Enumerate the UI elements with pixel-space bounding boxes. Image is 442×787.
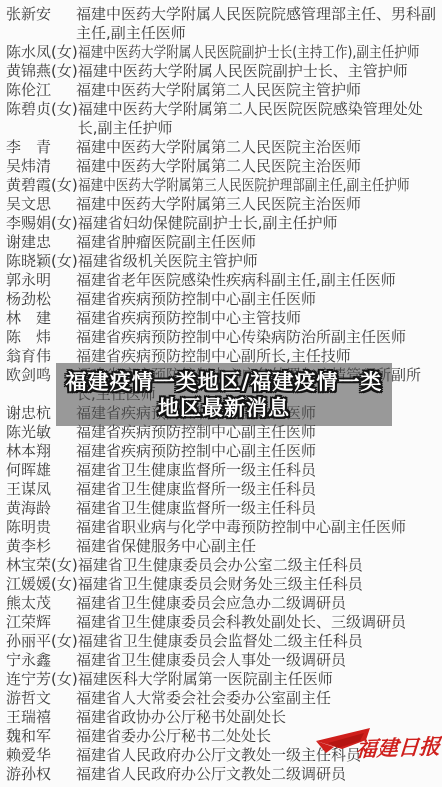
person-name: 李 青 (6, 138, 76, 157)
personnel-list: 张新安福建中医药大学附属人民医院院感管理部主任、男科副主任,副主任医师陈水凤(女… (6, 5, 440, 784)
table-row: 陈光敏福建省疾病预防控制中心副主任医师 (6, 423, 440, 442)
person-name: 连宁芳(女) (6, 670, 78, 689)
person-title: 福建省老年医院感染性疾病科副主任,副主任医师 (76, 271, 440, 290)
table-row: 陈晓颖(女)福建省级机关医院主管护师 (6, 252, 440, 271)
person-name: 陈碧贞(女) (6, 100, 78, 119)
person-name: 陈光敏 (6, 423, 76, 442)
person-title: 福建医科大学附属第一医院副主任医师 (78, 670, 440, 689)
person-name: 王谋凤 (6, 480, 76, 499)
table-row: 宁永鑫福建省卫生健康委员会人事处一级调研员 (6, 651, 440, 670)
person-name: 江荣辉 (6, 613, 76, 632)
newspaper-name: 福建日报 (355, 736, 441, 761)
person-name: 谢忠杭 (6, 404, 76, 423)
person-name: 陈明贵 (6, 518, 76, 537)
person-name: 陈水凤(女) (6, 43, 78, 62)
table-row: 杨劲松福建省疾病预防控制中心副主任医师 (6, 290, 440, 309)
person-name: 孙丽平(女) (6, 632, 78, 651)
person-title: 福建中医药大学附属第二人民医院医院感染管理处处长,副主任护师 (78, 100, 440, 138)
table-row: 陈 炜福建省疾病预防控制中心传染病防治所副主任医师 (6, 328, 440, 347)
person-title: 福建省疾病预防控制中心副主任医师 (76, 442, 440, 461)
table-row: 张新安福建中医药大学附属人民医院院感管理部主任、男科副主任,副主任医师 (6, 5, 440, 43)
person-title: 福建省疾病预防控制中心应急处置与疫情管理所副所长,主任医师 (76, 366, 440, 404)
person-name: 谢建忠 (6, 233, 76, 252)
person-name: 吴文思 (6, 195, 76, 214)
person-title: 福建省卫生健康委员会科教处副处长、三级调研员 (76, 613, 440, 632)
person-title: 福建省卫生健康监督所一级主任科员 (76, 480, 440, 499)
person-title: 福建省卫生健康委员会应急办二级调研员 (76, 594, 440, 613)
person-title: 福建省卫生健康委员会办公室二级主任科员 (78, 556, 440, 575)
person-title: 福建中医药大学附属第二人民医院主治医师 (76, 138, 440, 157)
table-row: 黄锦燕(女)福建中医药大学附属人民医院副护士长、主管护师 (6, 62, 440, 81)
person-title: 福建中医药大学附属第三人民医院护理部副主任,副主任护师 (78, 176, 382, 195)
person-name: 何晖雄 (6, 461, 76, 480)
person-name: 陈晓颖(女) (6, 252, 78, 271)
person-title: 福建中医药大学附属人民医院副护士长(主持工作),副主任护师 (78, 43, 382, 62)
table-row: 陈明贵福建省职业病与化学中毒预防控制中心副主任医师 (6, 518, 440, 537)
table-row: 黄李杉福建省保健服务中心副主任 (6, 537, 440, 556)
fujian-daily-logo: 福建日报 (312, 725, 438, 773)
table-row: 吴炜清福建中医药大学附属第二人民医院主治医师 (6, 157, 440, 176)
table-row: 江荣辉福建省卫生健康委员会科教处副处长、三级调研员 (6, 613, 440, 632)
person-title: 福建省级机关医院主管护师 (78, 252, 440, 271)
table-row: 欧剑鸣福建省疾病预防控制中心应急处置与疫情管理所副所长,主任医师 (6, 366, 440, 404)
person-name: 黄碧霞(女) (6, 176, 78, 195)
person-name: 宁永鑫 (6, 651, 76, 670)
table-row: 林 建福建省疾病预防控制中心主管技师 (6, 309, 440, 328)
table-row: 郭永明福建省老年医院感染性疾病科副主任,副主任医师 (6, 271, 440, 290)
person-title: 福建省疾病预防控制中心副主任医师 (76, 290, 440, 309)
person-name: 江媛媛(女) (6, 575, 78, 594)
table-row: 陈水凤(女)福建中医药大学附属人民医院副护士长(主持工作),副主任护师 (6, 43, 440, 62)
person-name: 吴炜清 (6, 157, 76, 176)
person-title: 福建中医药大学附属人民医院副护士长、主管护师 (78, 62, 440, 81)
person-name: 黄海龄 (6, 499, 76, 518)
person-title: 福建省卫生健康监督所一级主任科员 (76, 499, 440, 518)
person-name: 王瑞禧 (6, 708, 76, 727)
table-row: 林宝荣(女)福建省卫生健康委员会办公室二级主任科员 (6, 556, 440, 575)
person-name: 黄锦燕(女) (6, 62, 78, 81)
person-title: 福建省保健服务中心副主任 (76, 537, 440, 556)
table-row: 连宁芳(女)福建医科大学附属第一医院副主任医师 (6, 670, 440, 689)
table-row: 游哲文福建省人大常委会社会委办公室副主任 (6, 689, 440, 708)
person-title: 福建中医药大学附属第二人民医院主管护师 (76, 81, 440, 100)
article-page: 张新安福建中医药大学附属人民医院院感管理部主任、男科副主任,副主任医师陈水凤(女… (0, 0, 442, 787)
table-row: 王谋凤福建省卫生健康监督所一级主任科员 (6, 480, 440, 499)
person-title: 福建省妇幼保健院副护士长,副主任护师 (78, 214, 440, 233)
person-name: 陈伦江 (6, 81, 76, 100)
table-row: 陈碧贞(女)福建中医药大学附属第二人民医院医院感染管理处处长,副主任护师 (6, 100, 440, 138)
table-row: 谢忠杭福建省疾病预防控制中心副主任医师 (6, 404, 440, 423)
person-title: 福建省肿瘤医院副主任医师 (76, 233, 440, 252)
person-name: 黄李杉 (6, 537, 76, 556)
person-name: 魏和军 (6, 727, 76, 746)
table-row: 何晖雄福建省卫生健康监督所一级主任科员 (6, 461, 440, 480)
table-row: 李 青福建中医药大学附属第二人民医院主治医师 (6, 138, 440, 157)
person-title: 福建省疾病预防控制中心副主任医师 (76, 404, 440, 423)
table-row: 黄海龄福建省卫生健康监督所一级主任科员 (6, 499, 440, 518)
person-name: 游孙权 (6, 765, 76, 784)
table-row: 林本翔福建省疾病预防控制中心副主任医师 (6, 442, 440, 461)
person-name: 林宝荣(女) (6, 556, 78, 575)
person-name: 翁育伟 (6, 347, 76, 366)
person-title: 福建省疾病预防控制中心传染病防治所副主任医师 (76, 328, 440, 347)
person-name: 张新安 (6, 5, 76, 24)
person-name: 林 建 (6, 309, 76, 328)
table-row: 黄碧霞(女)福建中医药大学附属第三人民医院护理部副主任,副主任护师 (6, 176, 440, 195)
person-name: 游哲文 (6, 689, 76, 708)
person-name: 林本翔 (6, 442, 76, 461)
person-title: 福建省卫生健康委员会财务处三级主任科员 (78, 575, 440, 594)
person-name: 李赐娟(女) (6, 214, 78, 233)
person-name: 欧剑鸣 (6, 366, 76, 385)
table-row: 翁育伟福建省疾病预防控制中心副所长,主任技师 (6, 347, 440, 366)
person-title: 福建中医药大学附属第三人民医院主治医师 (76, 195, 440, 214)
person-name: 郭永明 (6, 271, 76, 290)
person-title: 福建省卫生健康委员会监督处二级主任科员 (78, 632, 440, 651)
table-row: 吴文思福建中医药大学附属第三人民医院主治医师 (6, 195, 440, 214)
person-title: 福建中医药大学附属人民医院院感管理部主任、男科副主任,副主任医师 (76, 5, 440, 43)
person-title: 福建省人大常委会社会委办公室副主任 (76, 689, 440, 708)
table-row: 李赐娟(女)福建省妇幼保健院副护士长,副主任护师 (6, 214, 440, 233)
person-name: 杨劲松 (6, 290, 76, 309)
table-row: 孙丽平(女)福建省卫生健康委员会监督处二级主任科员 (6, 632, 440, 651)
person-name: 熊太茂 (6, 594, 76, 613)
person-title: 福建省疾病预防控制中心副主任医师 (76, 423, 440, 442)
person-title: 福建省职业病与化学中毒预防控制中心副主任医师 (76, 518, 440, 537)
table-row: 谢建忠福建省肿瘤医院副主任医师 (6, 233, 440, 252)
person-title: 福建省卫生健康委员会人事处一级调研员 (76, 651, 440, 670)
table-row: 陈伦江福建中医药大学附属第二人民医院主管护师 (6, 81, 440, 100)
person-name: 赖爱华 (6, 746, 76, 765)
table-row: 熊太茂福建省卫生健康委员会应急办二级调研员 (6, 594, 440, 613)
person-name: 陈 炜 (6, 328, 76, 347)
person-title: 福建省卫生健康监督所一级主任科员 (76, 461, 440, 480)
person-title: 福建省疾病预防控制中心主管技师 (76, 309, 440, 328)
person-title: 福建省疾病预防控制中心副所长,主任技师 (76, 347, 440, 366)
person-title: 福建中医药大学附属第二人民医院主治医师 (76, 157, 440, 176)
table-row: 江媛媛(女)福建省卫生健康委员会财务处三级主任科员 (6, 575, 440, 594)
